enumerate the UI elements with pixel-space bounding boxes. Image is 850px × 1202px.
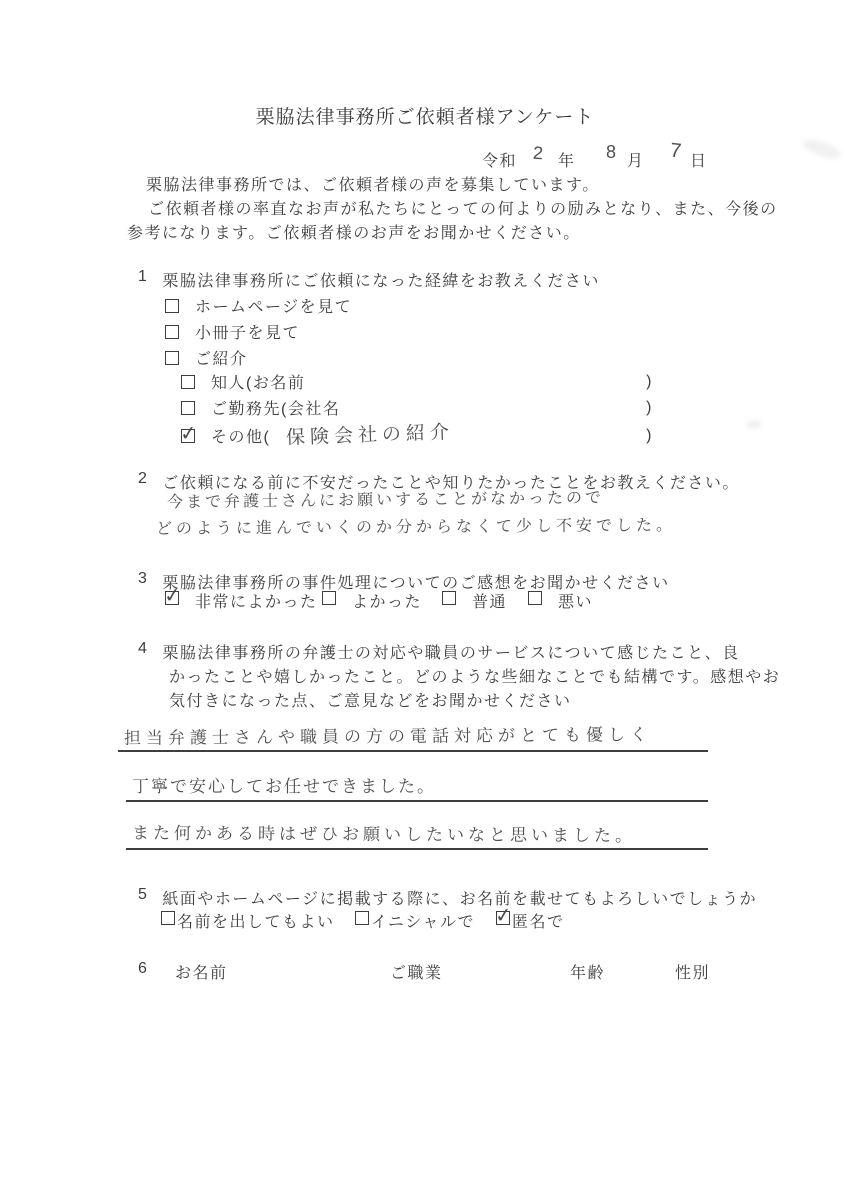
checkbox[interactable]	[355, 911, 369, 925]
q1-sub-option-other: その他( 保険会社の紹介 )	[181, 422, 653, 449]
intro-line-3: 参考になります。ご依頼者様のお声をお聞かせください。	[127, 220, 581, 243]
intro-line-2: ご依頼者様の率直なお声が私たちにとっての何よりの励みとなり、また、今後の	[148, 196, 778, 219]
q6-field-occupation-label: ご職業	[390, 960, 443, 983]
checkbox[interactable]	[165, 299, 179, 313]
q3-option-average-label: 普通	[472, 589, 507, 612]
q1-option-booklet-label: 小冊子を見て	[195, 320, 300, 343]
checkbox[interactable]	[181, 401, 195, 415]
q1-sub-option-workplace-label: ご勤務先(会社名	[211, 396, 340, 419]
q3-option-excellent-label: 非常によかった	[195, 589, 318, 612]
question-4-text-line-1: 栗脇法律事務所の弁護士の対応や職員のサービスについて感じたこと、良	[162, 640, 739, 663]
q1-sub-option-other-label: その他(	[211, 424, 270, 447]
q1-sub-option-acquaintance: 知人(お名前 )	[181, 370, 653, 393]
scan-artifact	[746, 420, 762, 429]
checkbox[interactable]	[322, 591, 336, 605]
question-2-number: 2	[138, 470, 148, 493]
q1-option-referral: ご紹介	[165, 346, 248, 369]
q5-option-anonymous-label: 匿名で	[512, 909, 565, 932]
q4-answer-line-2: 丁寧で安心してお任せできました。	[126, 768, 708, 802]
q1-option-homepage: ホームページを見て	[165, 294, 352, 317]
q4-answer-line-1: 担当弁護士さんや職員の方の電話対応がとても優しく	[118, 718, 708, 752]
q4-answer-handwriting-2: 丁寧で安心してお任せできました。	[132, 772, 436, 797]
question-6-number: 6	[138, 960, 148, 978]
q6-field-age-label: 年齢	[570, 960, 605, 983]
question-5-text: 紙面やホームページに掲載する際に、お名前を載せてもよろしいでしょうか	[162, 886, 757, 909]
checkbox[interactable]	[165, 325, 179, 339]
question-4-text-line-3: 気付きになった点、ご意見などをお聞かせください	[169, 688, 572, 711]
intro-line-1: 栗脇法律事務所では、ご依頼者様の声を募集しています。	[146, 172, 600, 195]
scanned-questionnaire-page: 栗脇法律事務所ご依頼者様アンケート 令和 2 年 8 月 7 日 栗脇法律事務所…	[0, 0, 850, 1202]
q1-sub-option-workplace: ご勤務先(会社名 )	[181, 396, 653, 419]
question-1-number: 1	[138, 268, 148, 291]
checkbox[interactable]	[496, 911, 510, 925]
date-day-unit: 日	[690, 148, 708, 171]
date-era-label: 令和	[482, 148, 517, 171]
close-paren: )	[646, 427, 653, 445]
q4-answer-line-3: また何かある時はぜひお願いしたいなと思いました。	[126, 816, 708, 850]
scan-artifact	[801, 136, 843, 162]
checkbox[interactable]	[165, 351, 179, 365]
checkbox[interactable]	[528, 591, 542, 605]
checkbox[interactable]	[442, 591, 456, 605]
q1-option-referral-label: ご紹介	[195, 346, 248, 369]
close-paren: )	[646, 399, 653, 417]
question-4-text-line-2: かったことや嬉しかったこと。どのような些細なことでも結構です。感想やお	[169, 664, 780, 687]
date-year-value: 2	[532, 143, 543, 165]
question-5-heading: 5 紙面やホームページに掲載する際に、お名前を載せてもよろしいでしょうか	[138, 886, 757, 909]
question-1-text: 栗脇法律事務所にご依頼になった経緯をお教えください	[162, 268, 600, 291]
question-1-heading: 1 栗脇法律事務所にご依頼になった経緯をお教えください	[138, 268, 600, 291]
checkbox[interactable]	[181, 429, 195, 443]
q2-answer-line-2: どのように進んでいくのか分からなくて少し不安でした。	[156, 512, 676, 539]
q4-answer-handwriting-1: 担当弁護士さんや職員の方の電話対応がとても優しく	[124, 720, 652, 749]
q3-option-good-label: よかった	[352, 589, 422, 612]
question-3-number: 3	[138, 570, 148, 593]
q5-option-realname-label: 名前を出してもよい	[177, 909, 335, 932]
q6-field-name-label: お名前	[175, 960, 228, 983]
question-4-number: 4	[138, 640, 148, 663]
date-month-value: 8	[606, 142, 616, 163]
date-year-unit: 年	[558, 148, 576, 171]
close-paren: )	[646, 373, 653, 391]
checkbox[interactable]	[161, 911, 175, 925]
checkbox[interactable]	[165, 591, 179, 605]
q2-answer-line-1: 今まで弁護士さんにお願いすることがなかったので	[167, 485, 604, 513]
question-5-number: 5	[138, 886, 148, 909]
page-title: 栗脇法律事務所ご依頼者様アンケート	[0, 102, 850, 129]
q4-answer-handwriting-3: また何かある時はぜひお願いしたいなと思いました。	[132, 819, 636, 847]
date-month-unit: 月	[627, 148, 645, 171]
q1-option-booklet: 小冊子を見て	[165, 320, 300, 343]
q1-sub-option-acquaintance-label: 知人(お名前	[211, 370, 305, 393]
q5-option-initials-label: イニシャルで	[371, 909, 475, 932]
q1-other-handwritten-value: 保険会社の紹介	[286, 417, 455, 450]
date-day-value: 7	[669, 139, 682, 163]
checkbox[interactable]	[181, 375, 195, 389]
q3-option-bad-label: 悪い	[558, 589, 593, 612]
q6-field-gender-label: 性別	[675, 960, 710, 983]
question-4-heading: 4 栗脇法律事務所の弁護士の対応や職員のサービスについて感じたこと、良	[138, 640, 740, 663]
q1-option-homepage-label: ホームページを見て	[195, 294, 352, 317]
